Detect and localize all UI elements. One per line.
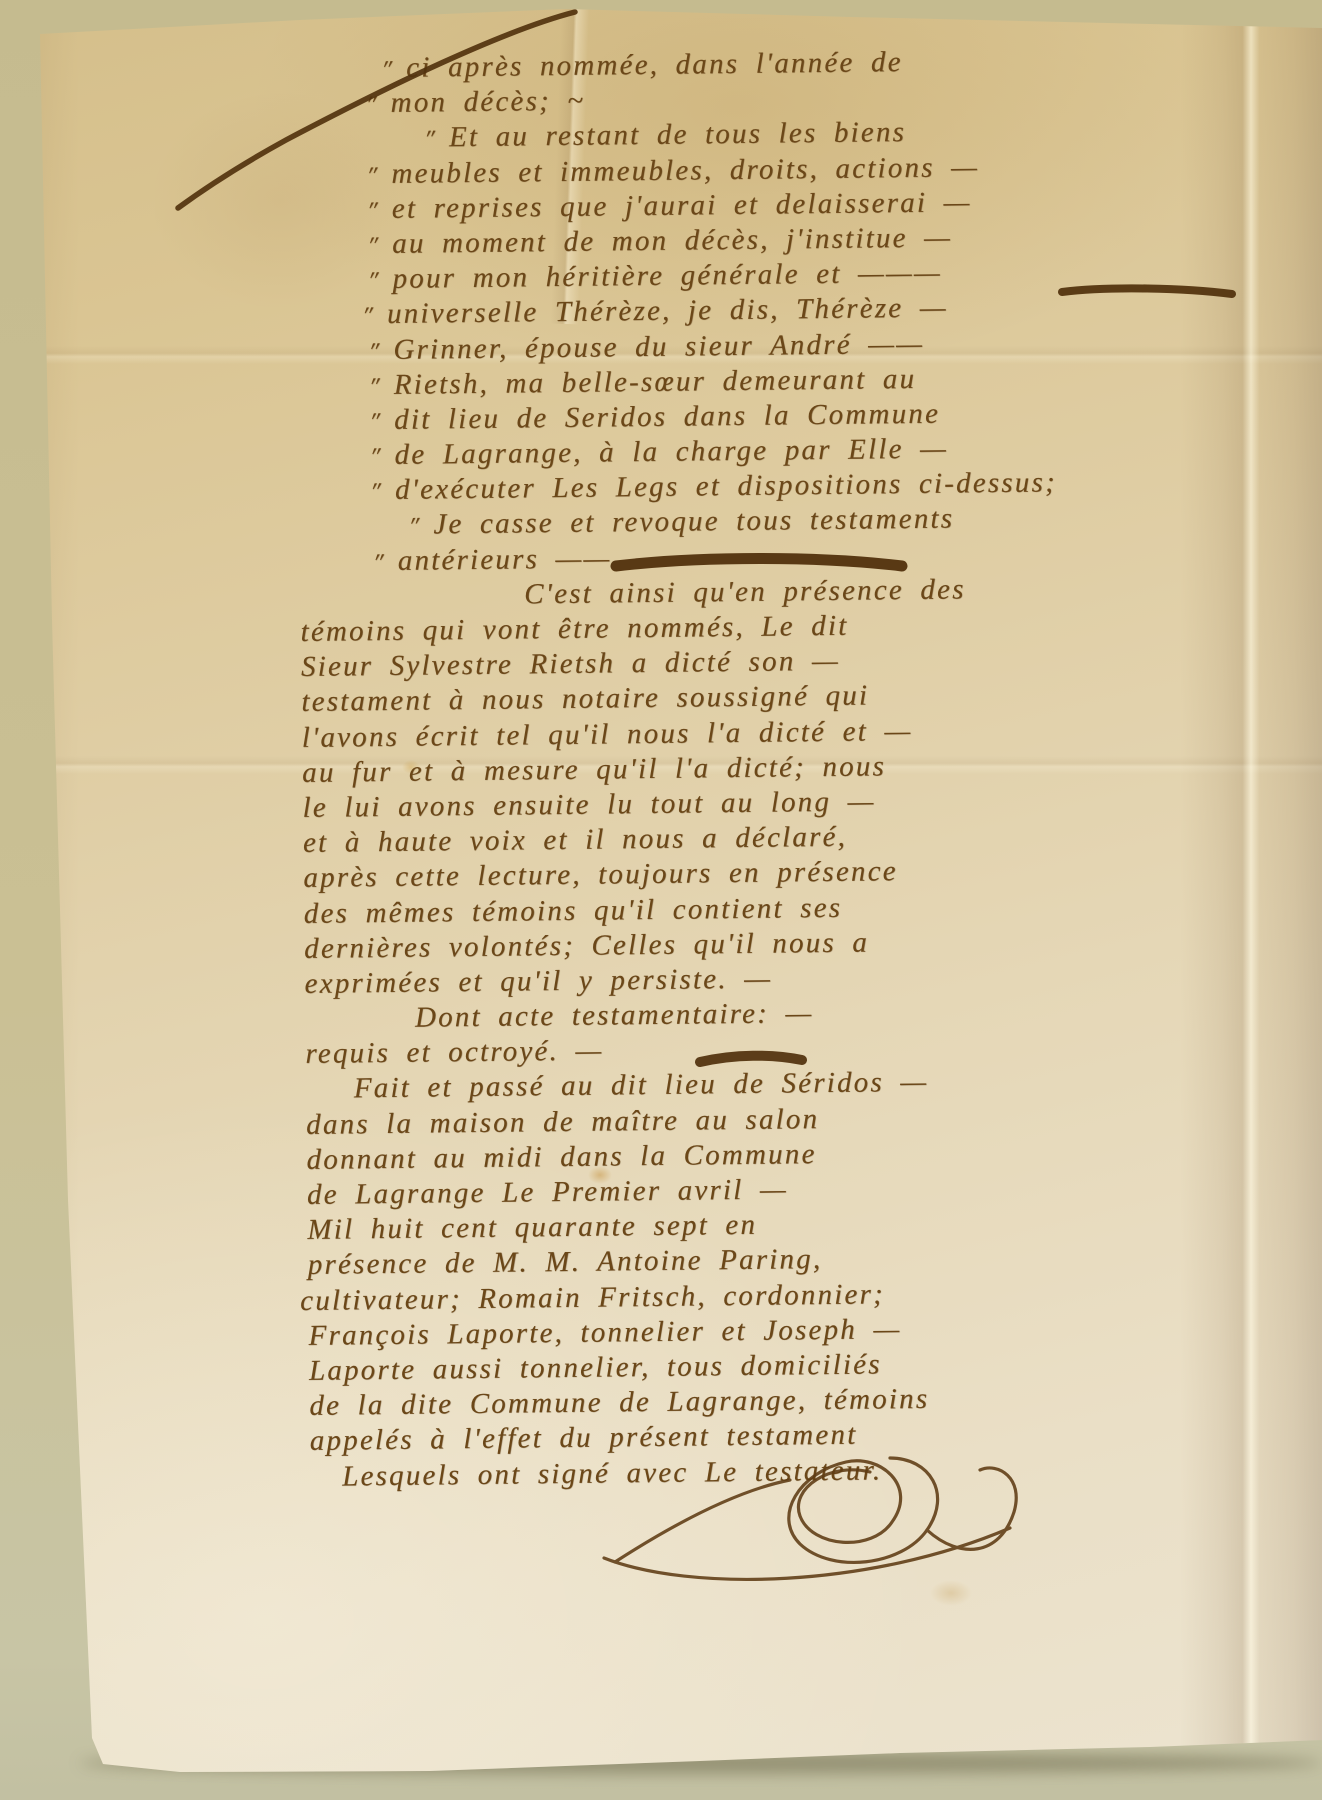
- manuscript-line-text: Rietsh, ma belle-sœur demeurant au: [394, 363, 917, 401]
- manuscript-line-text: Fait et passé au dit lieu de Séridos —: [354, 1066, 929, 1105]
- photo-background: ″ci après nommée, dans l'année de″mon dé…: [0, 0, 1322, 1800]
- manuscript-line-text: après cette lecture, toujours en présenc…: [303, 855, 898, 894]
- manuscript-line-text: Laporte aussi tonnelier, tous domiciliés: [309, 1348, 882, 1386]
- paper-sheet: ″ci après nommée, dans l'année de″mon dé…: [0, 0, 1322, 1800]
- quote-mark: ″: [376, 53, 410, 89]
- manuscript-lines: ″ci après nommée, dans l'année de″mon dé…: [292, 41, 1318, 1495]
- quote-mark: ″: [368, 545, 402, 581]
- manuscript-line-text: au fur et à mesure qu'il l'a dicté; nous: [302, 750, 886, 789]
- manuscript-line-text: et reprises que j'aurai et delaisserai —: [392, 186, 972, 225]
- manuscript-line-text: dernières volontés; Celles qu'il nous a: [304, 926, 869, 964]
- manuscript-line-text: dans la maison de maître au salon: [306, 1103, 819, 1141]
- quote-mark: ″: [362, 229, 396, 265]
- quote-mark: ″: [403, 510, 437, 546]
- manuscript-line-text: requis et octroyé. —: [305, 1035, 603, 1070]
- manuscript-line-text: le lui avons ensuite lu tout au long —: [302, 785, 875, 823]
- manuscript-line-text: Sieur Sylvestre Rietsh a dicté son —: [301, 645, 840, 683]
- manuscript-line-text: exprimées et qu'il y persiste. —: [304, 962, 772, 999]
- manuscript-line-text: mon décès; ~: [390, 85, 585, 119]
- manuscript-line-text: au moment de mon décès, j'institue —: [392, 221, 952, 259]
- manuscript-line-text: témoins qui vont être nommés, Le dit: [300, 610, 848, 648]
- quote-mark: ″: [362, 194, 396, 230]
- manuscript-line-text: Je casse et revoque tous testaments: [433, 503, 954, 541]
- manuscript-line-text: et à haute voix et il nous a déclaré,: [303, 821, 847, 859]
- manuscript-line-text: donnant au midi dans la Commune: [306, 1138, 816, 1176]
- manuscript-line-text: de la dite Commune de Lagrange, témoins: [309, 1383, 929, 1422]
- manuscript-line-text: présence de M. M. Antoine Paring,: [308, 1243, 823, 1281]
- manuscript-line-text: l'avons écrit tel qu'il nous l'a dicté e…: [302, 715, 913, 754]
- manuscript-line-text: cultivateur; Romain Fritsch, cordonnier;: [300, 1278, 885, 1317]
- manuscript-line-text: Dont acte testamentaire: —: [415, 997, 814, 1034]
- manuscript-line-text: Grinner, épouse du sieur André ——: [393, 327, 924, 365]
- manuscript-line-text: antérieurs ——: [398, 542, 612, 576]
- manuscript-line-text: universelle Thérèze, je dis, Thérèze —: [387, 292, 948, 330]
- manuscript-line-text: Mil huit cent quarante sept en: [307, 1209, 757, 1246]
- quote-mark: ″: [364, 440, 398, 476]
- paper-stain: [930, 1580, 972, 1606]
- quote-mark: ″: [363, 334, 397, 370]
- manuscript-line-text: C'est ainsi qu'en présence des: [524, 573, 966, 610]
- manuscript-line-text: Lesquels ont signé avec Le testateur.: [342, 1454, 882, 1492]
- manuscript-line-text: dit lieu de Seridos dans la Commune: [394, 398, 940, 436]
- manuscript-line-text: Et au restant de tous les biens: [449, 116, 906, 153]
- quote-mark: ″: [362, 264, 396, 300]
- quote-mark: ″: [364, 370, 398, 406]
- quote-mark: ″: [364, 405, 398, 441]
- manuscript-line-text: testament à nous notaire soussigné qui: [301, 680, 869, 718]
- manuscript-line-text: François Laporte, tonnelier et Joseph —: [308, 1313, 901, 1352]
- quote-mark: ″: [357, 299, 391, 335]
- quote-mark: ″: [361, 158, 395, 194]
- manuscript-line-text: pour mon héritière générale et ———: [392, 257, 942, 295]
- manuscript-line-text: d'exécuter Les Legs et dispositions ci-d…: [395, 467, 1057, 507]
- manuscript-line-text: appelés à l'effet du présent testament: [310, 1419, 858, 1457]
- quote-mark: ″: [360, 88, 394, 124]
- manuscript-line-text: de Lagrange Le Premier avril —: [307, 1173, 788, 1210]
- manuscript-line-text: ci après nommée, dans l'année de: [406, 46, 903, 84]
- manuscript-line-text: de Lagrange, à la charge par Elle —: [394, 433, 948, 471]
- quote-mark: ″: [419, 123, 453, 159]
- quote-mark: ″: [365, 475, 399, 511]
- manuscript-line-text: meubles et immeubles, droits, actions —: [391, 151, 979, 190]
- manuscript-line-text: des mêmes témoins qu'il contient ses: [304, 891, 843, 929]
